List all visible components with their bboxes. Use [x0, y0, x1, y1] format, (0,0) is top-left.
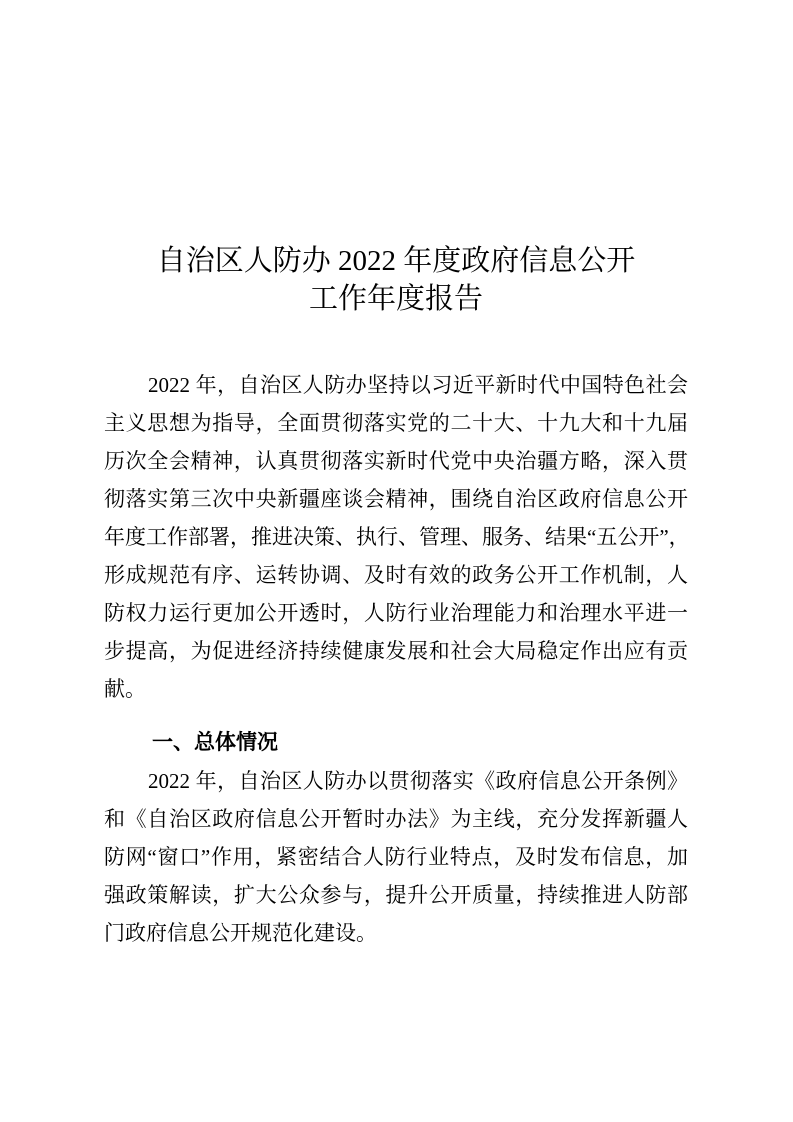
- title-line-2: 工作年度报告: [104, 280, 688, 318]
- document-content: 自治区人防办 2022 年度政府信息公开 工作年度报告 2022 年，自治区人防…: [104, 242, 688, 952]
- paragraph-intro: 2022 年，自治区人防办坚持以习近平新时代中国特色社会主义思想为指导，全面贯彻…: [104, 366, 688, 708]
- page-title: 自治区人防办 2022 年度政府信息公开 工作年度报告: [104, 242, 688, 318]
- paragraph-line: 防网“窗口”作用，紧密结合人防行业特点，及时发布信息，加: [104, 838, 688, 876]
- paragraph-line: 主义思想为指导，全面贯彻落实党的二十大、十九大和十九届: [104, 404, 688, 442]
- paragraph-line: 步提高，为促进经济持续健康发展和社会大局稳定作出应有贡: [104, 632, 688, 670]
- paragraph-line: 形成规范有序、运转协调、及时有效的政务公开工作机制，人: [104, 556, 688, 594]
- paragraph-overview: 2022 年，自治区人防办以贯彻落实《政府信息公开条例》和《自治区政府信息公开暂…: [104, 762, 688, 952]
- paragraph-line: 彻落实第三次中央新疆座谈会精神，围绕自治区政府信息公开: [104, 480, 688, 518]
- section-heading-overview: 一、总体情况: [104, 724, 688, 762]
- document-page: 自治区人防办 2022 年度政府信息公开 工作年度报告 2022 年，自治区人防…: [0, 0, 793, 1122]
- document-body: 2022 年，自治区人防办坚持以习近平新时代中国特色社会主义思想为指导，全面贯彻…: [104, 366, 688, 952]
- paragraph-line: 2022 年，自治区人防办以贯彻落实《政府信息公开条例》: [104, 762, 688, 800]
- paragraph-line: 和《自治区政府信息公开暂时办法》为主线，充分发挥新疆人: [104, 800, 688, 838]
- paragraph-line: 防权力运行更加公开透时，人防行业治理能力和治理水平进一: [104, 594, 688, 632]
- paragraph-line: 强政策解读，扩大公众参与，提升公开质量，持续推进人防部: [104, 876, 688, 914]
- paragraph-line: 献。: [104, 670, 688, 708]
- title-line-1: 自治区人防办 2022 年度政府信息公开: [104, 242, 688, 280]
- paragraph-line: 历次全会精神，认真贯彻落实新时代党中央治疆方略，深入贯: [104, 442, 688, 480]
- paragraph-line: 年度工作部署，推进决策、执行、管理、服务、结果“五公开”，: [104, 518, 688, 556]
- paragraph-line: 门政府信息公开规范化建设。: [104, 914, 688, 952]
- paragraph-line: 2022 年，自治区人防办坚持以习近平新时代中国特色社会: [104, 366, 688, 404]
